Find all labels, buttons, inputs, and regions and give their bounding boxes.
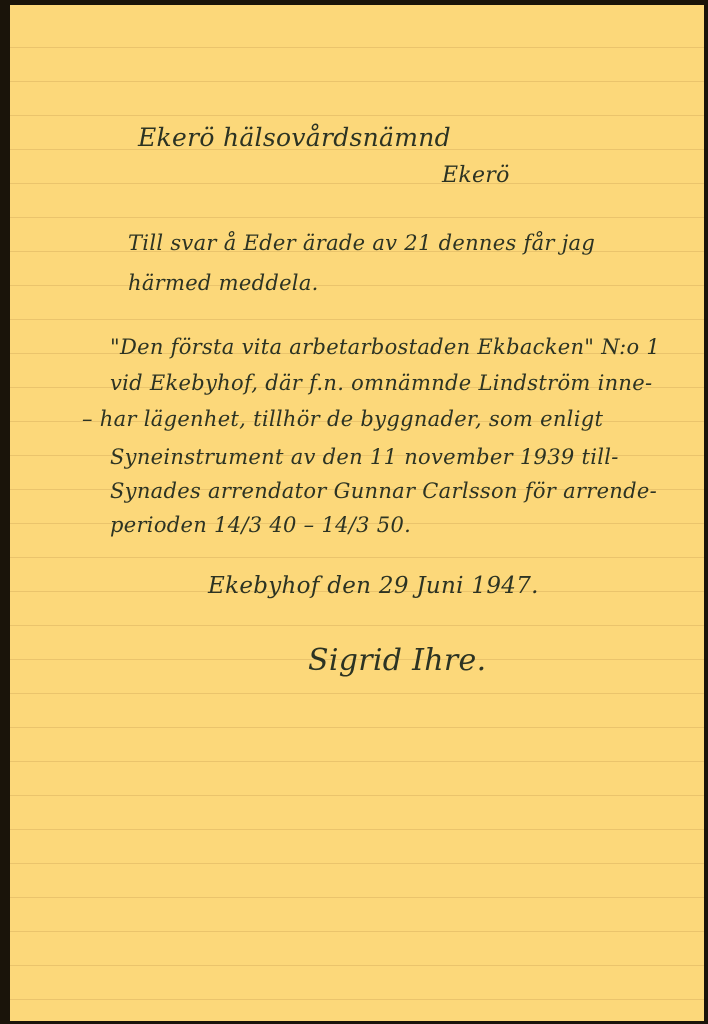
body-line-4: Syneinstrument av den 11 november 1939 t… <box>110 445 619 469</box>
letter-page: Ekerö hälsovårdsnämnd Ekerö Till svar å … <box>10 5 704 1021</box>
intro-line-1: Till svar å Eder ärade av 21 dennes får … <box>128 231 595 255</box>
body-line-1: "Den första vita arbetarbostaden Ekbacke… <box>110 335 660 359</box>
dateline: Ekebyhof den 29 Juni 1947. <box>208 573 539 599</box>
addressee: Ekerö hälsovårdsnämnd <box>138 123 451 152</box>
intro-line-2: härmed meddela. <box>128 271 319 295</box>
body-line-3: – har lägenhet, tillhör de byggnader, so… <box>82 407 603 431</box>
body-line-5: Synades arrendator Gunnar Carlsson för a… <box>110 479 657 503</box>
addressee-place: Ekerö <box>442 163 510 188</box>
body-line-6: perioden 14/3 40 – 14/3 50. <box>110 513 411 537</box>
body-line-2: vid Ekebyhof, där f.n. omnämnde Lindströ… <box>110 371 652 395</box>
signature: Sigrid Ihre. <box>308 643 486 678</box>
